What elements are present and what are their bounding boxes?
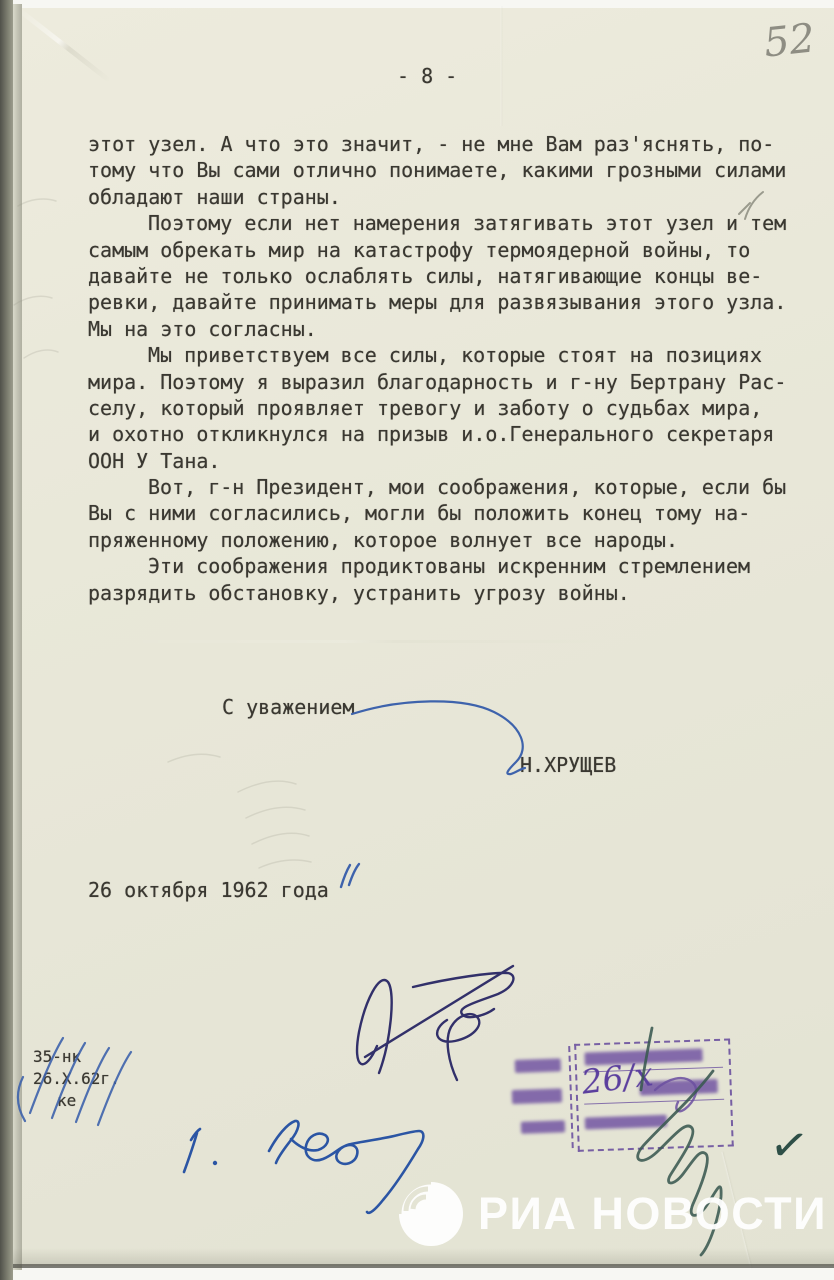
typed-line: мира. Поэтому я выразил благодарность и … (88, 369, 812, 395)
binding-edge (0, 0, 13, 1280)
file-note-line: 26.Х.62г. (33, 1068, 120, 1090)
typed-line: селу, который проявляет тревогу и заботу… (88, 395, 812, 421)
salutation: С уважением (222, 695, 354, 719)
typed-line: Вот, г-н Президент, мои соображения, кот… (88, 474, 812, 500)
typed-line: ООН У Тана. (88, 448, 812, 474)
watermark-agency-name: РИА НОВОСТИ (478, 1188, 827, 1240)
typed-line: Вы с ними согласились, могли бы положить… (88, 500, 812, 526)
stamp-smudge (512, 1088, 562, 1104)
stamp-rule-line (584, 1099, 724, 1105)
page-left-edge (13, 4, 22, 1270)
file-note-line: ке (33, 1090, 120, 1112)
paper-crease (500, 6, 503, 126)
typed-line: Мы приветствуем все силы, которые стоят … (88, 342, 812, 368)
typed-line: и охотно откликнулся на призыв и.о.Генер… (88, 421, 812, 447)
typed-line: самым обрекать мир на катастрофу термояд… (88, 237, 812, 263)
typed-line: Мы на это согласны. (88, 316, 812, 342)
page-bottom-edge (13, 1264, 834, 1268)
typed-body: этот узел. А что это значит, - не мне Ва… (88, 131, 812, 606)
archive-corner-number: 52 (762, 15, 817, 66)
typed-line: разрядить обстановку, устранить угрозу в… (88, 580, 812, 606)
file-note-line: 35-нк (33, 1046, 120, 1068)
registration-stamp: 26/x (510, 1038, 750, 1156)
file-note-block: 35-нк 26.Х.62г. ке (33, 1046, 120, 1112)
page-number: - 8 - (397, 64, 457, 88)
paper-crease (120, 640, 620, 643)
typed-line: Поэтому если нет намерения затягивать эт… (88, 210, 812, 236)
typed-line: этот узел. А что это значит, - не мне Ва… (88, 131, 812, 157)
stamp-smudge (521, 1120, 565, 1134)
stamp-box: 26/x (574, 1038, 734, 1151)
typed-line: обладают наши страны. (88, 184, 812, 210)
date-line: 26 октября 1962 года (88, 878, 329, 902)
typed-line: Эти соображения продиктованы искренним с… (88, 553, 812, 579)
ria-globe-icon (398, 1181, 464, 1247)
typed-line: ревки, давайте принимать меры для развяз… (88, 289, 812, 315)
stamp-divider (568, 1046, 574, 1148)
stamp-smudge (515, 1058, 561, 1073)
typed-line: давайте не только ослаблять силы, натяги… (88, 263, 812, 289)
ria-novosti-watermark: РИА НОВОСТИ (398, 1174, 827, 1254)
stamp-smudge (585, 1115, 667, 1130)
typed-line: пряженному положению, которое волнует вс… (88, 527, 812, 553)
scanned-letter-page: - 8 - 52 этот узел. А что это значит, - … (0, 0, 834, 1280)
typed-line: тому что Вы сами отлично понимаете, каки… (88, 157, 812, 183)
signature-name: Н.ХРУЩЕВ (520, 753, 616, 777)
